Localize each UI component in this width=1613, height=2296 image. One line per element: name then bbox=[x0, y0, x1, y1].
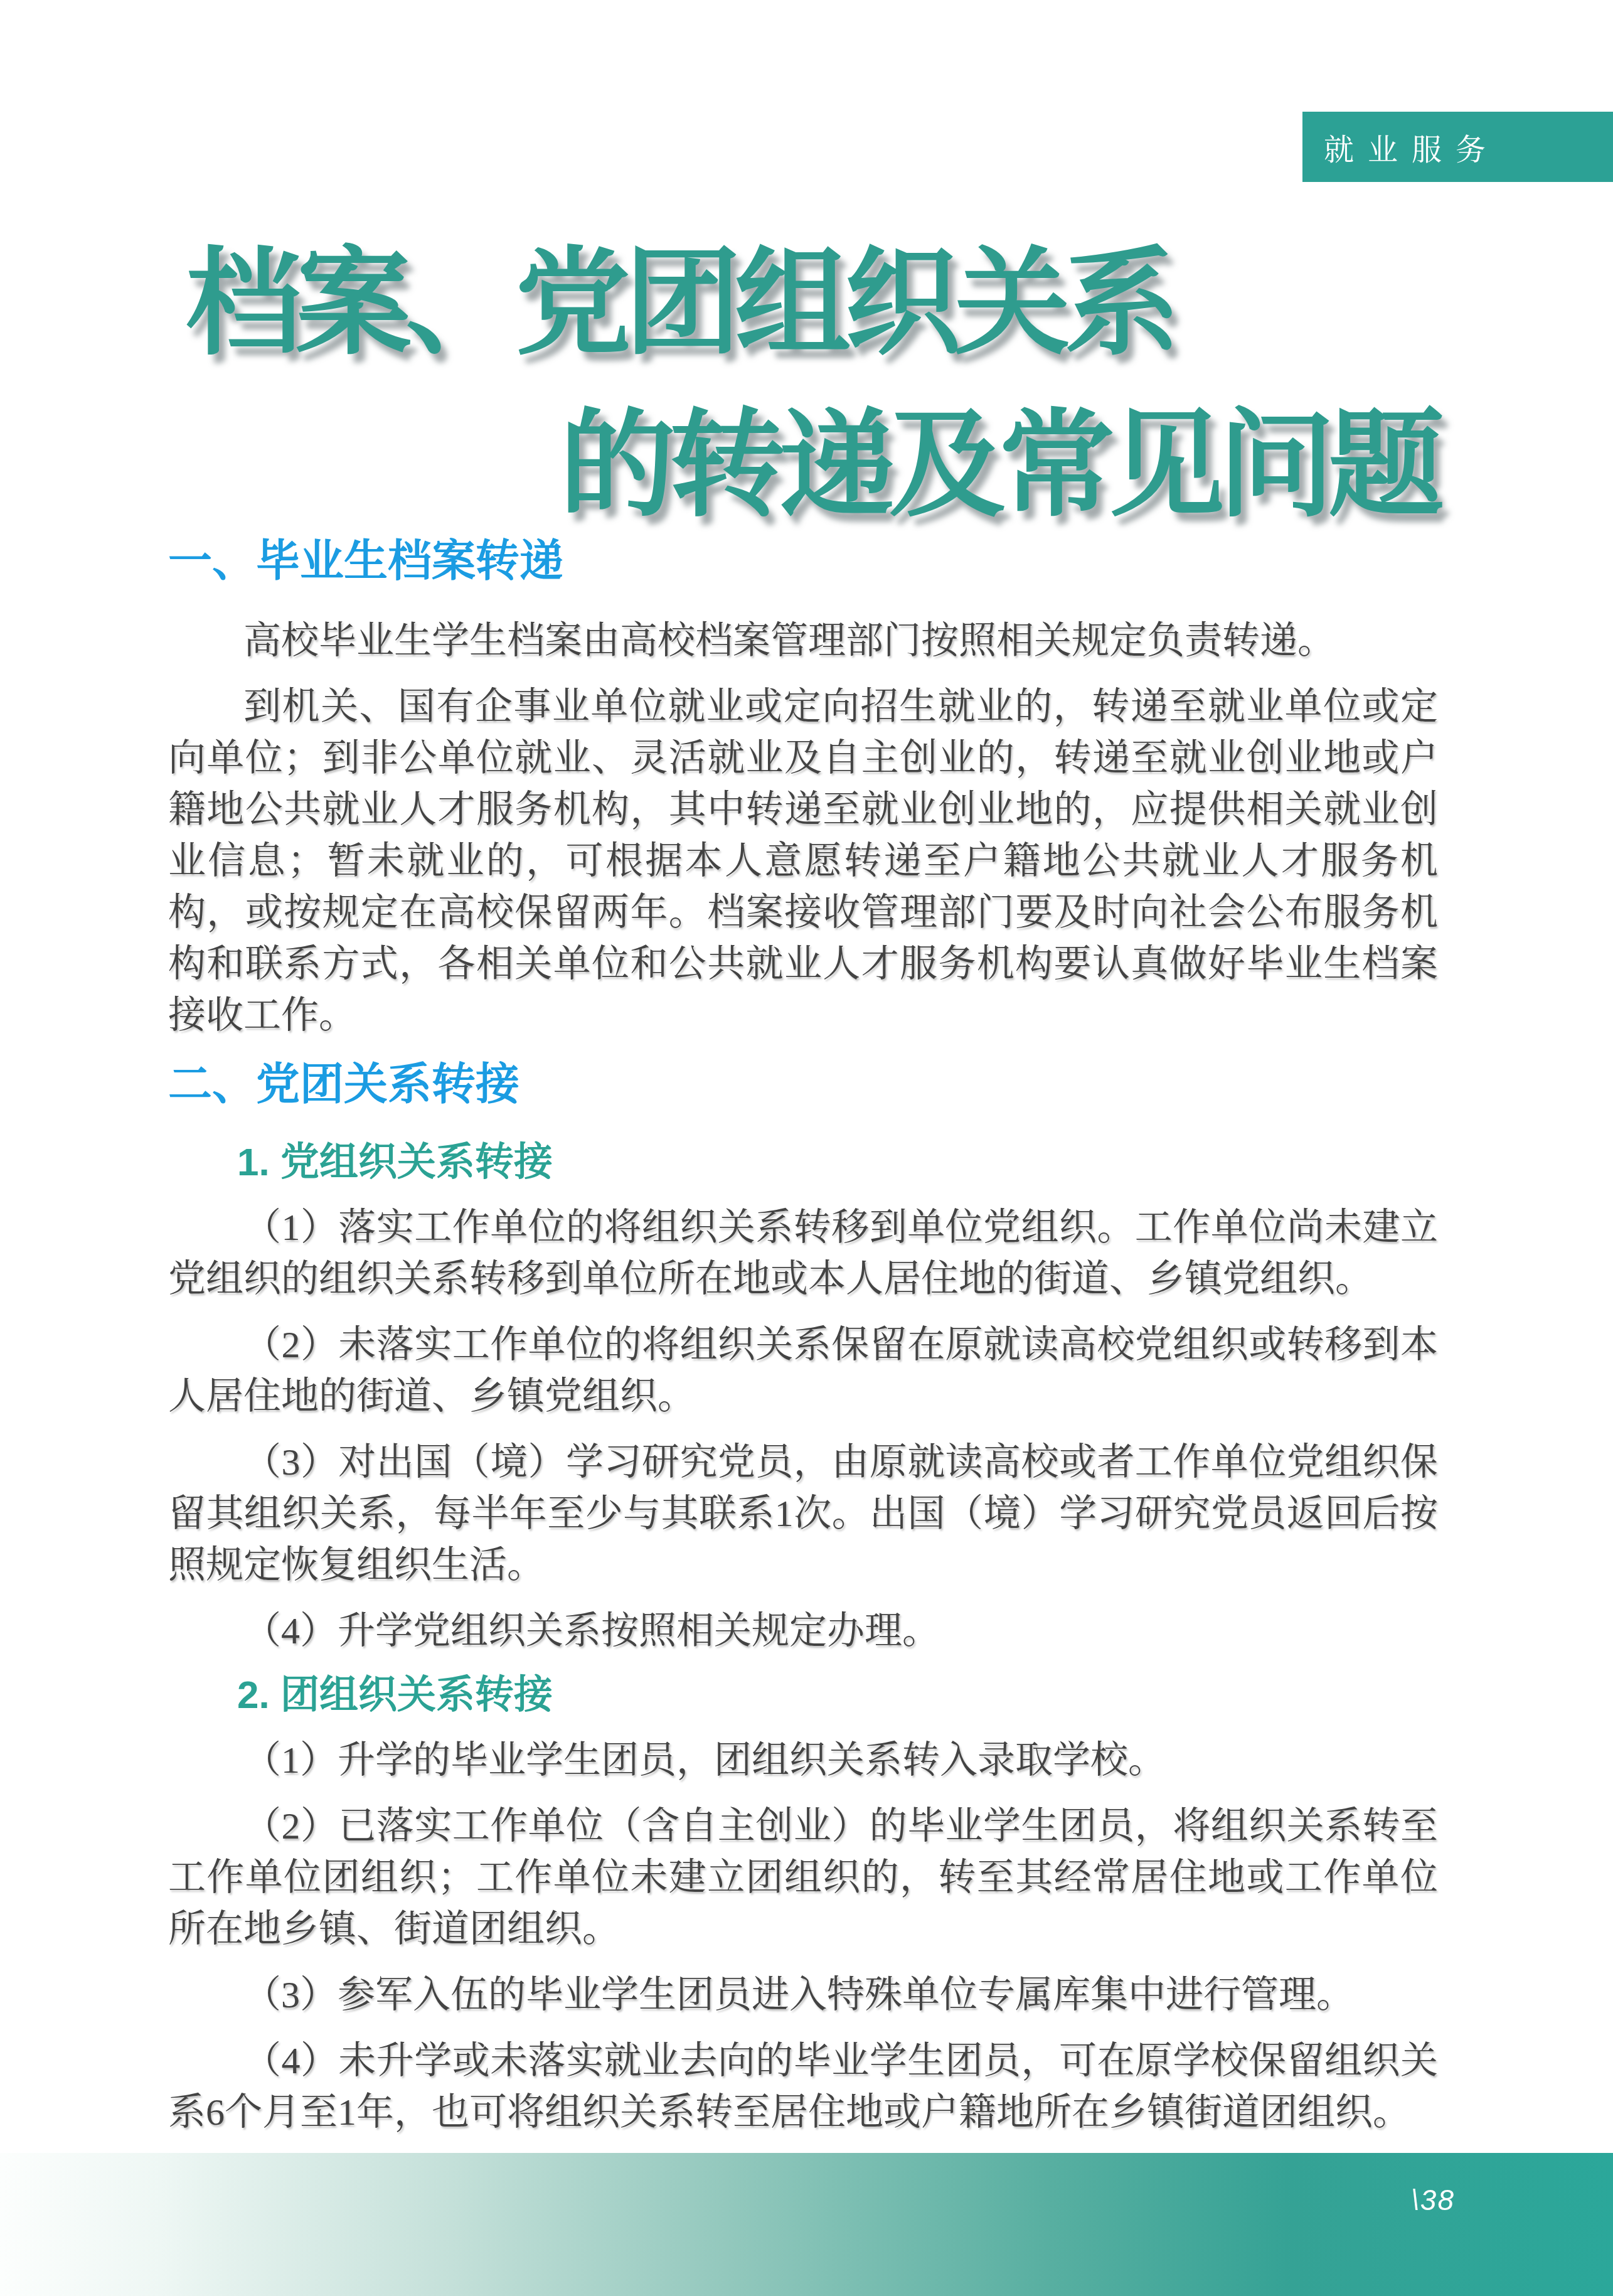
page-number: \38 bbox=[1411, 2183, 1455, 2217]
party-item-2: （2）未落实工作单位的将组织关系保留在原就读高校党组织或转移到本人居住地的街道、… bbox=[168, 1319, 1438, 1422]
section-2-heading: 二、党团关系转接 bbox=[168, 1055, 1438, 1113]
party-item-4: （4）升学党组织关系按照相关规定办理。 bbox=[168, 1605, 1438, 1657]
document-page: 就业服务 档案、党团组织关系 的转递及常见问题 一、毕业生档案转递 高校毕业生学… bbox=[0, 0, 1613, 2296]
league-item-4: （4）未升学或未落实就业去向的毕业学生团员，可在原学校保留组织关系6个月至1年，… bbox=[168, 2035, 1438, 2138]
league-subsection-heading: 2. 团组织关系转接 bbox=[237, 1671, 1438, 1720]
footer-bar: \38 bbox=[0, 2153, 1613, 2296]
section-1-detail-paragraph: 到机关、国有企事业单位就业或定向招生就业的，转递至就业单位或定向单位；到非公单位… bbox=[168, 681, 1438, 1041]
party-subsection-heading: 1. 党组织关系转接 bbox=[237, 1138, 1438, 1187]
party-item-1: （1）落实工作单位的将组织关系转移到单位党组织。工作单位尚未建立党组织的组织关系… bbox=[168, 1202, 1438, 1305]
employment-services-tab: 就业服务 bbox=[1302, 112, 1613, 182]
league-item-2: （2）已落实工作单位（含自主创业）的毕业学生团员，将组织关系转至工作单位团组织；… bbox=[168, 1800, 1438, 1955]
section-1-intro-paragraph: 高校毕业生学生档案由高校档案管理部门按照相关规定负责转递。 bbox=[168, 615, 1438, 666]
page-content: 一、毕业生档案转递 高校毕业生学生档案由高校档案管理部门按照相关规定负责转递。 … bbox=[168, 532, 1438, 2152]
section-1-heading: 一、毕业生档案转递 bbox=[168, 532, 1438, 590]
employment-services-tab-label: 就业服务 bbox=[1324, 125, 1499, 169]
page-title-line-1: 档案、党团组织关系 bbox=[186, 246, 1174, 362]
league-item-1: （1）升学的毕业学生团员，团组织关系转入录取学校。 bbox=[168, 1734, 1438, 1786]
party-item-3: （3）对出国（境）学习研究党员，由原就读高校或者工作单位党组织保留其组织关系，每… bbox=[168, 1436, 1438, 1591]
page-title-line-2: 的转递及常见问题 bbox=[560, 408, 1438, 524]
league-item-3: （3）参军入伍的毕业学生团员进入特殊单位专属库集中进行管理。 bbox=[168, 1969, 1438, 2021]
